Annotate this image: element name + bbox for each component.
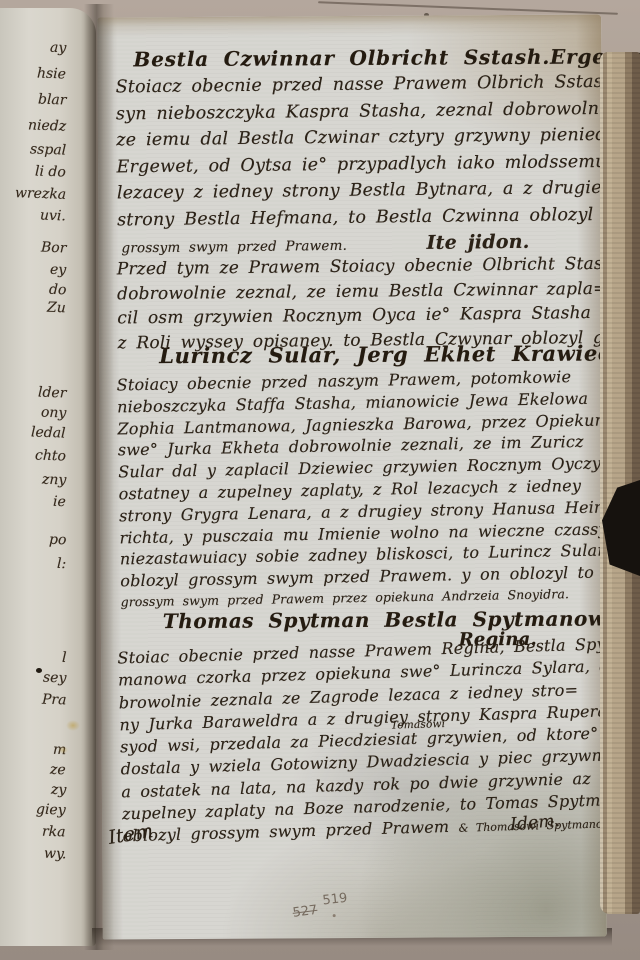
facing-page-text-fragment: zny	[41, 472, 66, 489]
pencil-crossed-out-number: 527	[292, 903, 319, 921]
ink-blot	[36, 668, 42, 673]
facing-page-text-fragment: sey	[42, 670, 66, 687]
paper-stain	[58, 746, 68, 754]
facing-page-text-fragment: blar	[37, 92, 66, 109]
facing-page-text-fragment: wy.	[43, 846, 66, 863]
background-crease	[318, 1, 618, 15]
facing-page-text-fragment: wrezka	[15, 185, 67, 203]
page-content: Bestla Czwinnar Olbricht Sstash. Ergewet…	[115, 15, 597, 940]
facing-page-text-fragment: sspal	[30, 141, 67, 158]
facing-page-text-fragment: ie	[53, 494, 66, 510]
facing-page-text-fragment: zy	[50, 782, 66, 799]
facing-page-text-fragment: Zu	[47, 300, 66, 317]
entry3-heading: Lurincz Sular, Jerg Ekhet Krawiecz.	[117, 341, 593, 369]
interlinear-insertion: Tomasowi	[391, 719, 446, 731]
facing-page-text-fragment: ey	[50, 262, 67, 279]
manuscript-photo: ay hsie blar niedz sspal li do wrezka uv…	[0, 0, 640, 960]
entry1-heading-names: Bestla Czwinnar Olbricht Sstash.	[133, 45, 550, 72]
entry1-note: Ite jidon.	[426, 229, 529, 256]
facing-page-text-fragment: rka	[42, 824, 66, 841]
facing-page-text-fragment: hsie	[37, 65, 67, 82]
manuscript-page: Bestla Czwinnar Olbricht Sstash. Ergewet…	[97, 14, 607, 939]
facing-page-text-fragment: giey	[36, 801, 66, 818]
entry1-paragraph: Stoiacz obecnie przed nasse Prawem Olbri…	[116, 69, 594, 259]
facing-page-text-fragment: ledal	[31, 424, 66, 441]
entry3-paragraph: Stoiacy obecnie przed naszym Prawem, pot…	[116, 366, 596, 613]
facing-page-text-fragment: ze	[50, 762, 66, 779]
facing-page-text-fragment: ony	[40, 405, 66, 422]
entry1-heading: Bestla Czwinnar Olbricht Sstash. Ergewet…	[115, 45, 591, 72]
facing-page-text-fragment: Bor	[40, 240, 66, 257]
facing-page-text-fragment: do	[48, 282, 66, 299]
facing-page-text-fragment: uvi.	[40, 208, 66, 225]
facing-page-text-fragment: lder	[37, 385, 66, 402]
paper-stain	[66, 720, 80, 731]
facing-page-text-fragment: l	[61, 650, 66, 666]
footer-idem-mark: Idem.	[509, 811, 561, 835]
pencil-folio-number-bottom: 519	[322, 891, 348, 909]
facing-page: ay hsie blar niedz sspal li do wrezka uv…	[0, 8, 96, 946]
facing-page-text-fragment: ay	[49, 40, 66, 57]
facing-page-text-fragment: chto	[35, 447, 66, 464]
facing-page-text-fragment: li do	[35, 163, 66, 180]
facing-page-text-fragment: niedz	[28, 117, 67, 134]
facing-page-text-fragment: po	[48, 532, 66, 549]
book-gutter-shadow	[84, 4, 114, 950]
facing-page-text-fragment: Pra	[41, 692, 66, 709]
pencil-dot	[333, 914, 336, 917]
entry2-paragraph: Przed tym ze Prawem Stoiacy obecnie Olbr…	[117, 252, 594, 355]
facing-page-text-fragment: l:	[57, 556, 67, 572]
